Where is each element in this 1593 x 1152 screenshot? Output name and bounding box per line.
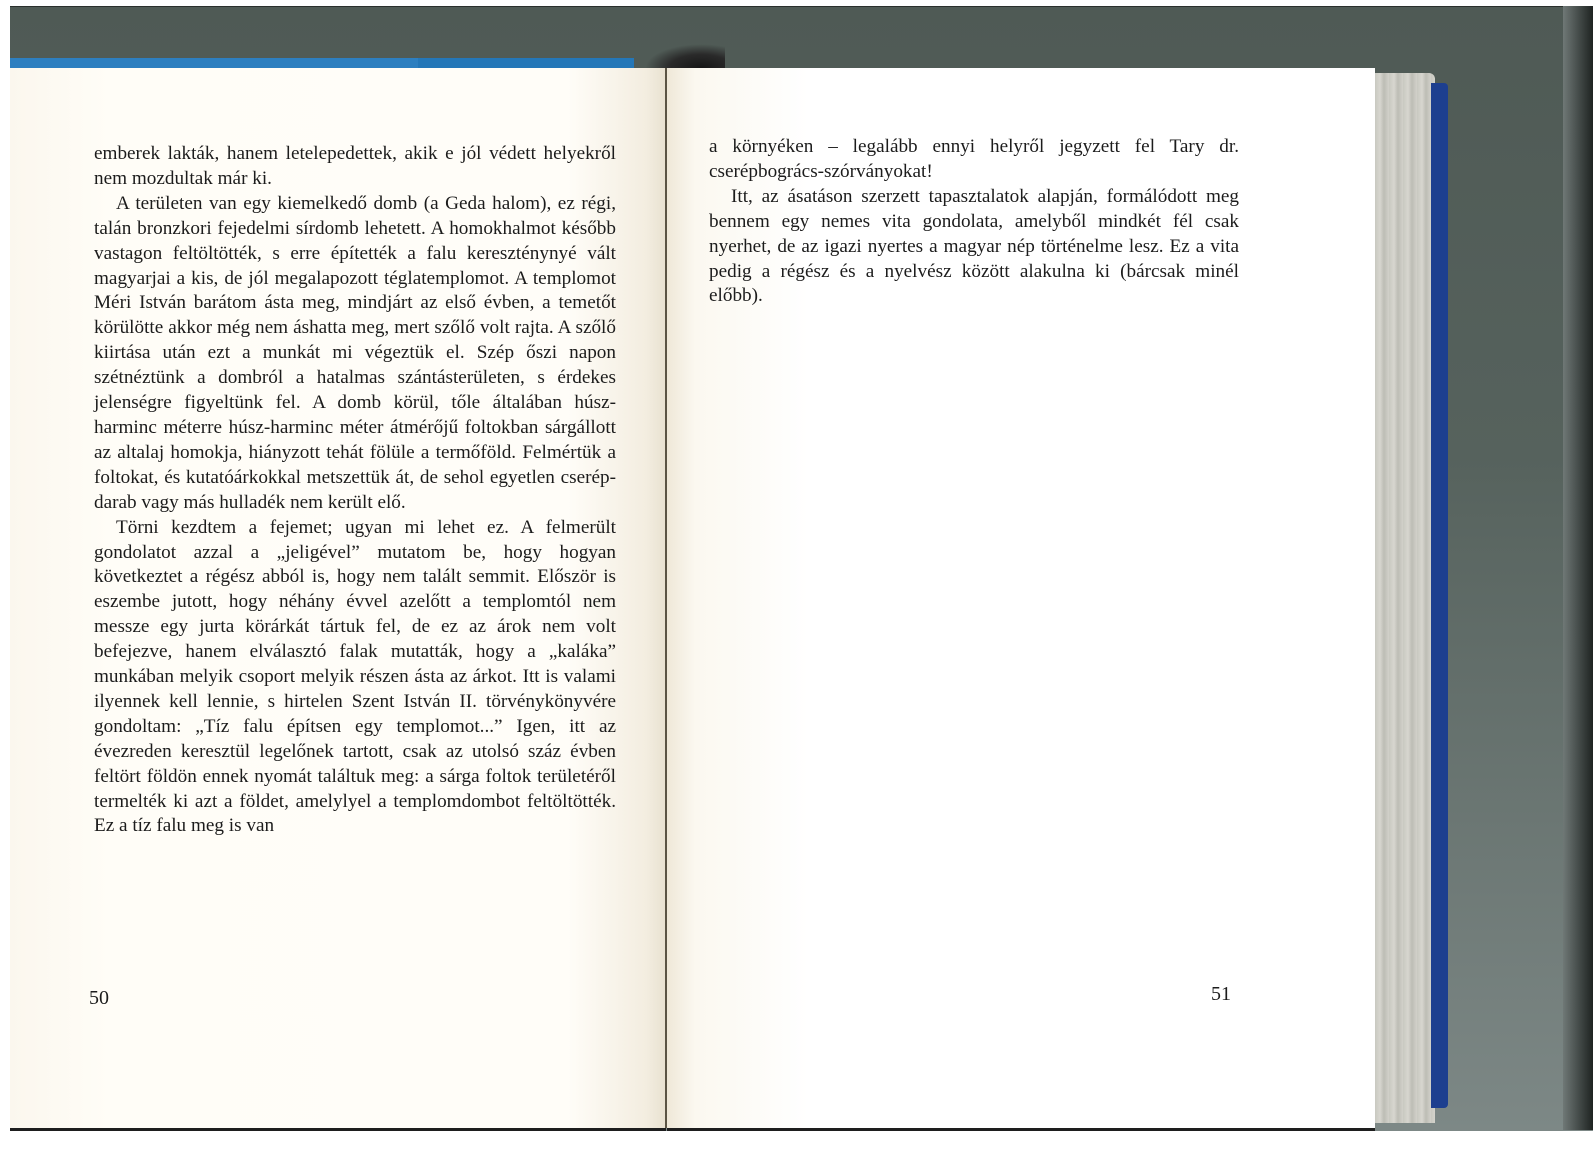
scanner-edge-shadow (1563, 6, 1593, 1130)
paragraph: emberek lakták, hanem letelepedettek, ak… (94, 142, 616, 192)
page-number-left: 50 (89, 987, 109, 1010)
paragraph: Itt, az ásatáson szerzett tapasztalatok … (709, 185, 1239, 310)
paragraph: a környéken – legalább ennyi helyről jeg… (709, 135, 1239, 185)
paragraph: A területen van egy kiemelkedő domb (a G… (94, 192, 616, 516)
left-page-text: emberek lakták, hanem letelepedettek, ak… (94, 142, 616, 839)
book-gutter (665, 68, 667, 1128)
paragraph: Törni kezdtem a fejemet; ugyan mi lehet … (94, 516, 616, 840)
right-page-text: a környéken – legalább ennyi helyről jeg… (709, 135, 1239, 309)
book-cover-edge-right (1431, 83, 1448, 1108)
page-stack-edge (1375, 73, 1435, 1123)
page-number-right: 51 (1211, 983, 1231, 1006)
spine-shadow (645, 44, 725, 68)
